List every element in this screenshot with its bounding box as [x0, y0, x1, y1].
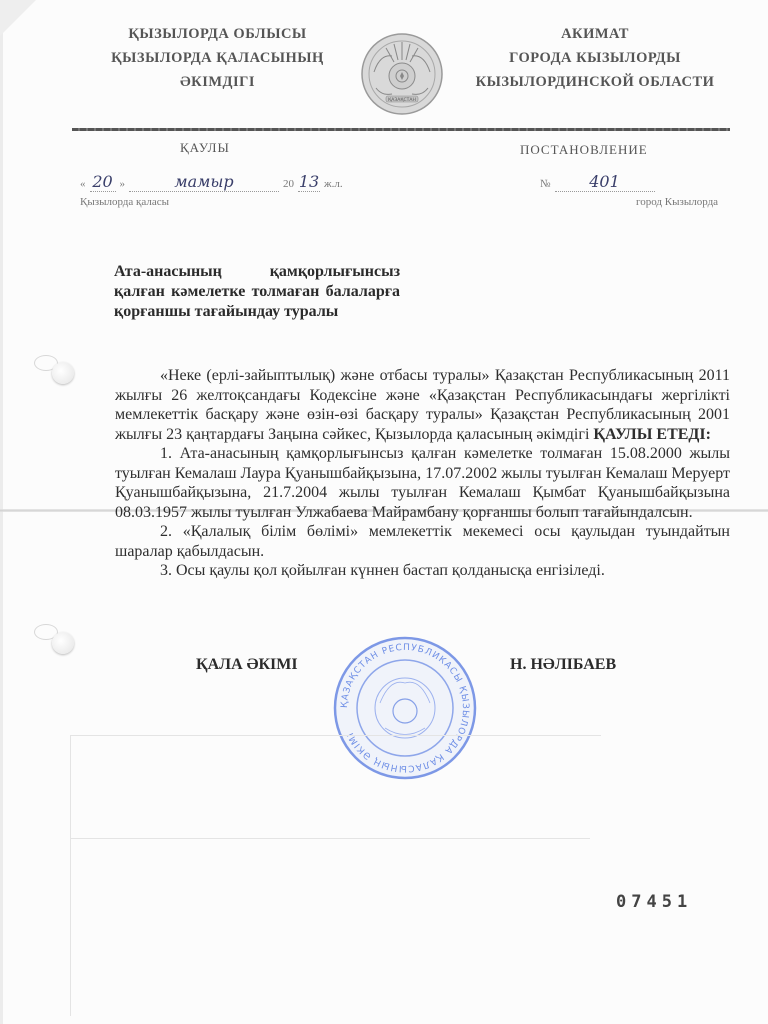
- date-month: мамыр: [129, 172, 279, 192]
- decree-item-2: 2. «Қалалық білім бөлімі» мемлекеттік ме…: [115, 522, 730, 561]
- number-label: №: [540, 178, 551, 190]
- page-edge: [0, 0, 3, 1024]
- punch-hole: [52, 632, 74, 654]
- number-field: № 401: [540, 172, 655, 192]
- year-prefix: 20: [283, 178, 294, 190]
- doc-type-kazakh: ҚАУЛЫ: [180, 140, 230, 156]
- decree-item-3: 3. Осы қаулы қол қойылған күннен бастап …: [115, 561, 730, 581]
- punch-hole: [52, 362, 74, 384]
- faint-scan-line: [70, 838, 590, 839]
- decree-item-1: 1. Ата-анасының қамқорлығынсыз қалған кә…: [115, 444, 730, 522]
- decree-phrase: ҚАУЛЫ ЕТЕДІ:: [593, 426, 711, 443]
- faint-scan-outline: [70, 735, 601, 1016]
- header-kazakh: ҚЫЗЫЛОРДА ОБЛЫСЫ ҚЫЗЫЛОРДА ҚАЛАСЫНЫҢ ӘКІ…: [85, 22, 350, 94]
- city-kazakh: Қызылорда қаласы: [80, 196, 169, 208]
- header-right-line: КЫЗЫЛОРДИНСКОЙ ОБЛАСТИ: [460, 70, 730, 94]
- header-divider: [72, 128, 730, 131]
- preamble: «Неке (ерлі-зайыптылық) және отбасы тура…: [115, 366, 730, 444]
- header-right-line: АКИМАТ: [460, 22, 730, 46]
- header-left-line: ӘКІМДІГІ: [85, 70, 350, 94]
- date-field: « 20 » мамыр 20 13 ж.л.: [80, 172, 343, 192]
- document-page: ҚЫЗЫЛОРДА ОБЛЫСЫ ҚЫЗЫЛОРДА ҚАЛАСЫНЫҢ ӘКІ…: [0, 0, 768, 1024]
- serial-number: 07451: [616, 892, 692, 912]
- year-label: ж.л.: [324, 178, 343, 190]
- state-emblem-icon: ҚАЗАҚСТАН: [360, 32, 444, 116]
- corner-fold: [0, 0, 36, 36]
- number-value: 401: [555, 172, 655, 192]
- header-left-line: ҚЫЗЫЛОРДА ОБЛЫСЫ: [85, 22, 350, 46]
- document-body: «Неке (ерлі-зайыптылық) және отбасы тура…: [115, 366, 730, 581]
- date-day: 20: [90, 172, 116, 192]
- quote-open: «: [80, 178, 86, 190]
- city-russian: город Кызылорда: [636, 196, 718, 208]
- signatory-name: Н. НӘЛІБАЕВ: [510, 656, 616, 674]
- signatory-position: ҚАЛА ӘКІМІ: [196, 656, 298, 674]
- header-russian: АКИМАТ ГОРОДА КЫЗЫЛОРДЫ КЫЗЫЛОРДИНСКОЙ О…: [460, 22, 730, 94]
- doc-type-russian: ПОСТАНОВЛЕНИЕ: [520, 142, 648, 158]
- header-right-line: ГОРОДА КЫЗЫЛОРДЫ: [460, 46, 730, 70]
- svg-text:ҚАЗАҚСТАН: ҚАЗАҚСТАН: [388, 97, 416, 103]
- header-left-line: ҚЫЗЫЛОРДА ҚАЛАСЫНЫҢ: [85, 46, 350, 70]
- date-year: 13: [298, 172, 320, 192]
- document-title: Ата-анасының қамқорлығынсыз қалған кәмел…: [114, 262, 400, 322]
- quote-close: »: [120, 178, 126, 190]
